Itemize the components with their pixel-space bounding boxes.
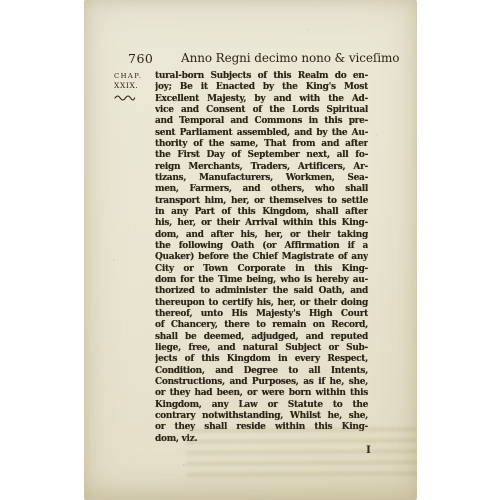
text-line: Constructions, and Purposes, as if he, s… <box>155 377 368 388</box>
text-line: dom, and after his, her, or their taking <box>155 230 368 241</box>
text-line: tural-born Subjects of this Realm do en- <box>155 71 368 82</box>
text-line: liege, free, and natural Subject or Sub- <box>155 343 368 354</box>
text-line: and Temporal and Commons in this pre- <box>155 116 368 127</box>
text-line: his, her, or their Arrival within this K… <box>155 218 368 229</box>
text-line: dom for the Time being, who is hereby au… <box>155 275 368 286</box>
show-through-text <box>186 427 417 479</box>
text-line: transport him, her, or themselves to set… <box>155 196 368 207</box>
book-page-photo: 760 Anno Regni decimo nono & viceſimo Ch… <box>84 0 417 500</box>
text-line: contrary notwithstanding, Whilst he, she… <box>155 411 368 422</box>
text-line: reign Merchants, Traders, Artificers, Ar… <box>155 162 368 173</box>
text-line: City or Town Corporate in this King- <box>155 264 368 275</box>
text-line: in any Part of this Kingdom, shall after <box>155 207 368 218</box>
chapter-margin-note: Chap. XXIX. <box>114 72 158 101</box>
text-line: Kingdom, any Law or Statute to the <box>155 400 368 411</box>
text-line: men, Farmers, and others, who shall <box>155 184 368 195</box>
text-line: the following Oath (or Affirmation if a <box>155 241 368 252</box>
act-body-text: tural-born Subjects of this Realm do en-… <box>155 71 368 445</box>
page-number: 760 <box>128 51 153 66</box>
flourish-icon <box>114 91 158 101</box>
chapter-label: Chap. <box>114 72 158 81</box>
text-line: thorized to administer the said Oath, an… <box>155 286 368 297</box>
text-line: joy; Be it Enacted by the King's Most <box>155 82 368 93</box>
text-line: thority of the same, That from and after <box>155 139 368 150</box>
running-header: Anno Regni decimo nono & viceſimo <box>181 51 399 65</box>
text-line: or they had been, or were born within th… <box>155 388 368 399</box>
text-line: thereupon to certify his, her, or their … <box>155 298 368 309</box>
text-line: shall be deemed, adjudged, and reputed <box>155 332 368 343</box>
chapter-numeral: XXIX. <box>114 81 158 90</box>
text-line: tizans, Manufacturers, Workmen, Sea- <box>155 173 368 184</box>
text-line: the First Day of September next, all fo- <box>155 150 368 161</box>
text-line: Quaker) before the Chief Magistrate of a… <box>155 252 368 263</box>
text-line: vice and Consent of the Lords Spiritual <box>155 105 368 116</box>
text-line: jects of this Kingdom in every Respect, <box>155 354 368 365</box>
text-line: Condition, and Degree to all Intents, <box>155 366 368 377</box>
text-line: sent Parliament assembled, and by the Au… <box>155 128 368 139</box>
text-line: of Chancery, there to remain on Record, <box>155 320 368 331</box>
text-line: thereof, unto His Majesty's High Court <box>155 309 368 320</box>
text-line: Excellent Majesty, by and with the Ad- <box>155 94 368 105</box>
